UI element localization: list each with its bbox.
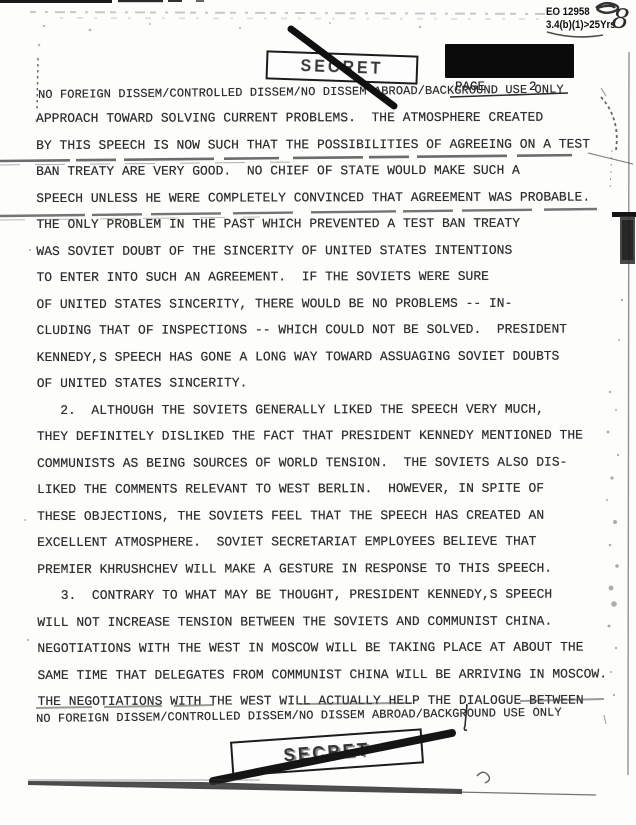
- body-line: LIKED THE COMMENTS RELEVANT TO WEST BERL…: [37, 475, 631, 503]
- body-line: BY THIS SPEECH IS NOW SUCH THAT THE POSS…: [36, 131, 630, 159]
- classification-label: SECRET: [283, 738, 371, 766]
- body-line: WILL NOT INCREASE TENSION BETWEEN THE SO…: [37, 608, 631, 636]
- left-margin-dotted-line: [37, 58, 38, 110]
- body-line: KENNEDY,S SPEECH HAS GONE A LONG WAY TOW…: [37, 343, 631, 371]
- eo-exemption: 3.4(b)(1)>25Yrs: [546, 19, 616, 31]
- body-line: CLUDING THAT OF INSPECTIONS -- WHICH COU…: [37, 316, 631, 344]
- scanned-document-page: EO 129583.4(b)(1)>25Yrs 8 PAGE 2 SECRET …: [0, 0, 636, 825]
- body-line: COMMUNISTS AS BEING SOURCES OF WORLD TEN…: [37, 449, 631, 477]
- body-line: NEGOTIATIONS WITH THE WEST IN MOSCOW WIL…: [37, 634, 631, 662]
- classification-label: SECRET: [300, 56, 384, 79]
- bottom-smear: [28, 780, 596, 795]
- redaction-bar: [445, 44, 574, 78]
- body-line: 2. ALTHOUGH THE SOVIETS GENERALLY LIKED …: [37, 396, 631, 424]
- body-line: 3. CONTRARY TO WHAT MAY BE THOUGHT, PRES…: [37, 581, 631, 609]
- document-body: APPROACH TOWARD SOLVING CURRENT PROBLEMS…: [36, 104, 632, 715]
- body-line: THEY DEFINITELY DISLIKED THE FACT THAT P…: [37, 422, 631, 450]
- body-line: WAS SOVIET DOUBT OF THE SINCERITY OF UNI…: [36, 237, 630, 265]
- body-line: OF UNITED STATES SINCERITY.: [37, 369, 631, 397]
- body-line: EXCELLENT ATMOSPHERE. SOVIET SECRETARIAT…: [37, 528, 631, 556]
- body-line: THESE OBJECTIONS, THE SOVIETS FEEL THAT …: [37, 502, 631, 530]
- body-line: OF UNITED STATES SINCERITY, THERE WOULD …: [36, 290, 630, 318]
- handwritten-number: 8: [610, 3, 630, 36]
- declassification-stamp: EO 129583.4(b)(1)>25Yrs: [546, 6, 616, 32]
- body-line: SAME TIME THAT DELEGATES FROM COMMUNIST …: [37, 661, 631, 689]
- body-line: THE ONLY PROBLEM IN THE PAST WHICH PREVE…: [36, 210, 630, 238]
- body-line: APPROACH TOWARD SOLVING CURRENT PROBLEMS…: [36, 104, 630, 132]
- eo-underline: [547, 32, 603, 37]
- top-edge-marks: [0, 0, 204, 3]
- curl-mark: [477, 772, 489, 783]
- eo-number: EO 12958: [546, 6, 590, 18]
- body-line: SPEECH UNLESS HE WERE COMPLETELY CONVINC…: [36, 184, 630, 212]
- body-line: TO ENTER INTO SUCH AN AGREEMENT. IF THE …: [36, 263, 630, 291]
- top-noise-band: [30, 12, 560, 19]
- header-caveat: NO FOREIGN DISSEM/CONTROLLED DISSEM/NO D…: [38, 82, 564, 102]
- classification-stamp-top: SECRET: [266, 50, 419, 84]
- body-line: BAN TREATY ARE VERY GOOD. NO CHIEF OF ST…: [36, 157, 630, 185]
- classification-stamp-bottom: SECRET: [230, 728, 424, 776]
- body-line: PREMIER KHRUSHCHEV WILL MAKE A GESTURE I…: [37, 555, 631, 583]
